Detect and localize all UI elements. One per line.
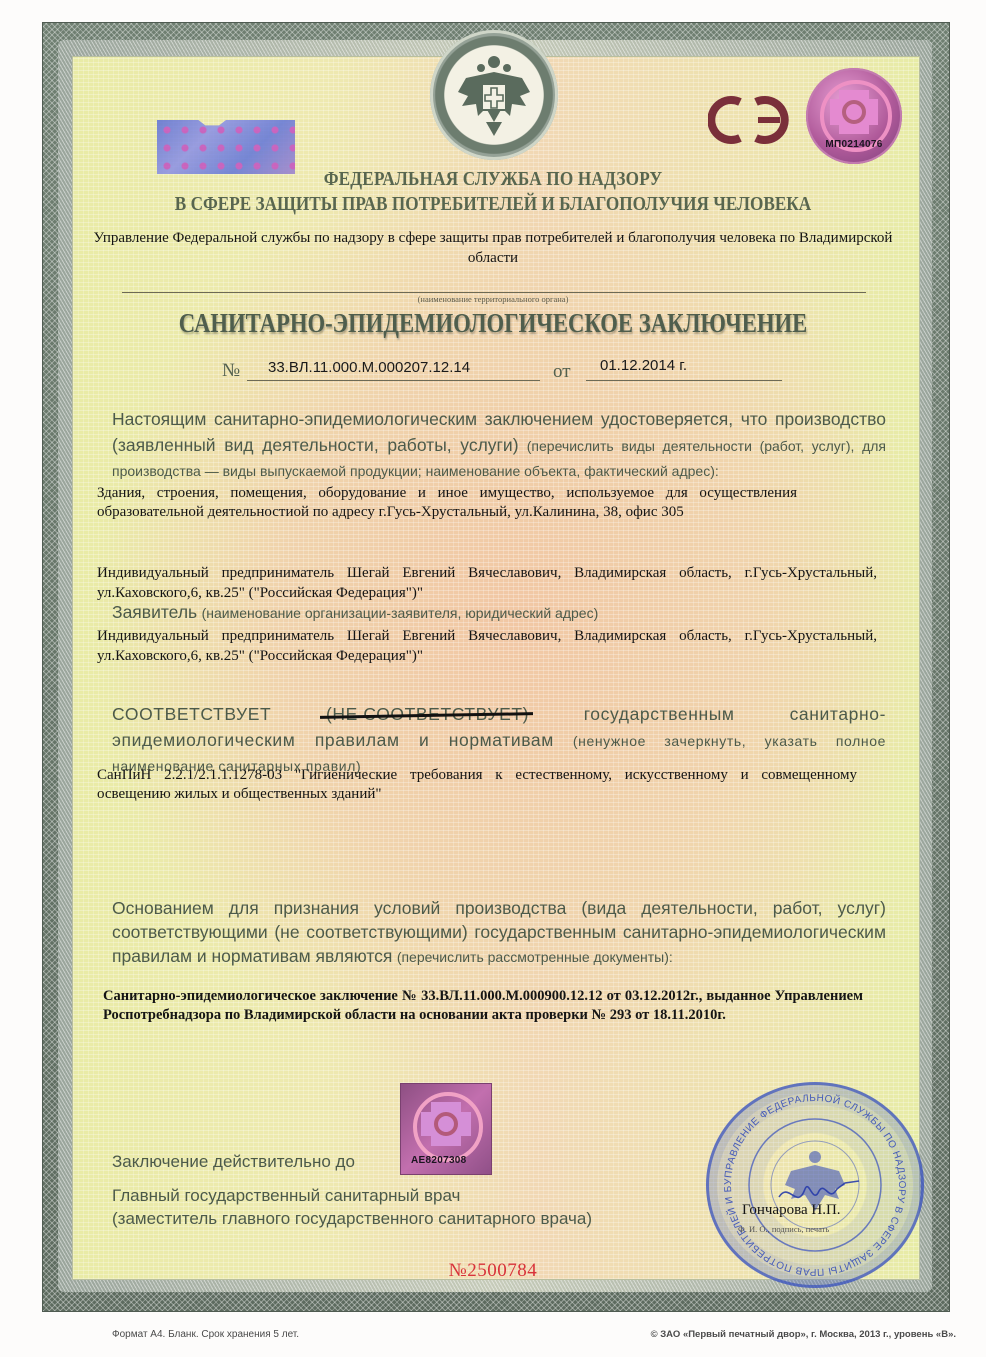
- department-underline: [122, 292, 866, 293]
- complies-text: СООТВЕТСТВУЕТ: [112, 704, 271, 724]
- hologram-top-code: МП0214076: [825, 139, 882, 150]
- signer-name: Гончарова Н.П.: [742, 1202, 841, 1219]
- applicant-value: Индивидуальный предприниматель Шегай Евг…: [97, 626, 877, 666]
- hologram-seal-top-icon: МП0214076: [806, 68, 902, 164]
- basis-value: Санитарно-эпидемиологическое заключение …: [103, 987, 863, 1025]
- date-underline: [586, 380, 782, 381]
- sanitary-rules-value: СанПиН 2.2.1/2.1.1.1278-03 "Гигиенически…: [97, 766, 857, 804]
- validity-label: Заключение действительно до: [112, 1152, 355, 1172]
- hologram-bottom-code: АЕ8207308: [411, 1155, 467, 1166]
- object-owner: Индивидуальный предприниматель Шегай Евг…: [97, 563, 877, 603]
- eagle-emblem-icon: [430, 30, 558, 160]
- se-sanitary-mark-icon: [708, 94, 790, 146]
- hologram-seal-bottom-icon: АЕ8207308: [401, 1084, 491, 1174]
- signer-caption: Ф. И. О., подпись, печать: [738, 1224, 829, 1234]
- document-title: САНИТАРНО-ЭПИДЕМИОЛОГИЧЕСКОЕ ЗАКЛЮЧЕНИЕ: [79, 308, 907, 339]
- document-number: 33.ВЛ.11.000.М.000207.12.14: [268, 359, 470, 376]
- official-stamp-icon: УПРАВЛЕНИЕ ФЕДЕРАЛЬНОЙ СЛУЖБЫ ПО НАДЗОРУ…: [706, 1082, 924, 1288]
- agency-name-line2: В СФЕРЕ ЗАЩИТЫ ПРАВ ПОТРЕБИТЕЛЕЙ И БЛАГО…: [69, 193, 917, 216]
- object-intro: Настоящим санитарно-эпидемиологическим з…: [112, 407, 886, 484]
- not-complies-struck-text: (НЕ СООТВЕТСТВУЕТ): [326, 702, 529, 726]
- object-value: Здания, строения, помещения, оборудовани…: [97, 484, 797, 522]
- date-label: от: [553, 361, 571, 383]
- number-label: №: [222, 360, 240, 382]
- department-caption: (наименование территориального органа): [0, 294, 986, 304]
- hologram-strip-icon: [157, 120, 295, 174]
- territorial-department: Управление Федеральной службы по надзору…: [80, 228, 906, 268]
- basis-intro-hint: (перечислить рассмотренные документы):: [397, 949, 673, 965]
- form-serial-number: №2500784: [0, 1260, 986, 1282]
- agency-name-line1: ФЕДЕРАЛЬНАЯ СЛУЖБА ПО НАДЗОРУ: [69, 168, 917, 191]
- applicant-label-row: Заявитель (наименование организации-заяв…: [112, 602, 598, 623]
- document-date: 01.12.2014 г.: [600, 357, 687, 374]
- deputy-doctor-title: (заместитель главного государственного с…: [112, 1209, 592, 1229]
- basis-intro: Основанием для признания условий произво…: [112, 897, 886, 969]
- footer-printer-note: © ЗАО «Первый печатный двор», г. Москва,…: [651, 1329, 956, 1340]
- footer-format-note: Формат А4. Бланк. Срок хранения 5 лет.: [112, 1329, 299, 1340]
- number-underline: [247, 380, 540, 381]
- chief-doctor-title: Главный государственный санитарный врач: [112, 1186, 460, 1206]
- applicant-label: Заявитель: [112, 602, 197, 622]
- applicant-hint: (наименование организации-заявителя, юри…: [202, 605, 599, 621]
